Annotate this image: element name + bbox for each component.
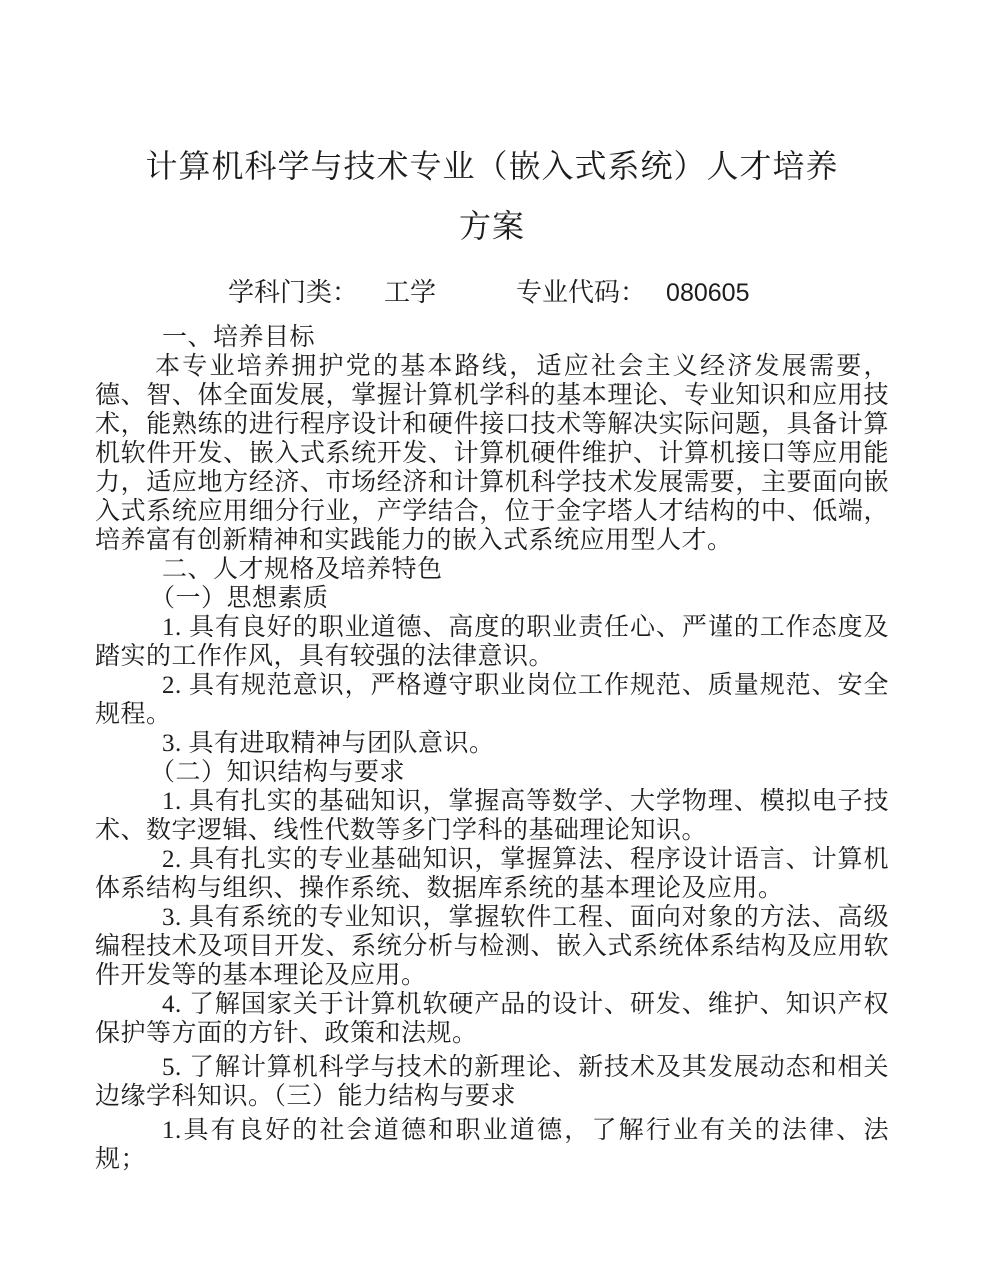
discipline-category-value: 工学 [384,278,436,307]
major-code-label: 专业代码： [516,278,646,307]
list-item: 1.具有良好的社会道德和职业道德，了解行业有关的法律、法规； [95,1116,889,1174]
list-item: 3. 具有系统的专业知识，掌握软件工程、面向对象的方法、高级编程技术及项目开发、… [95,903,889,990]
list-item: 3. 具有进取精神与团队意识。 [95,729,889,758]
body-paragraph: 本专业培养拥护党的基本路线，适应社会主义经济发展需要，德、智、体全面发展，掌握计… [95,352,889,555]
document-page: 计算机科学与技术专业（嵌入式系统）人才培养 方案 学科门类：工学专业代码：080… [0,0,984,1274]
discipline-category-label: 学科门类： [228,278,358,307]
sub-heading: （一）思想素质 [95,584,889,613]
document-title-line-2: 方案 [95,196,889,256]
list-item: 1. 具有良好的职业道德、高度的职业责任心、严谨的工作态度及踏实的工作作风，具有… [95,613,889,671]
list-item: 4. 了解国家关于计算机软硬产品的设计、研发、维护、知识产权保护等方面的方针、政… [95,990,889,1048]
list-item: 5. 了解计算机科学与技术的新理论、新技术及其发展动态和相关边缘学科知识。（三）… [95,1053,889,1111]
sub-heading: （二）知识结构与要求 [95,758,889,787]
section-heading: 二、人才规格及培养特色 [95,555,889,584]
section-heading: 一、培养目标 [95,323,889,352]
list-item: 2. 具有规范意识，严格遵守职业岗位工作规范、质量规范、安全规程。 [95,671,889,729]
list-item: 2. 具有扎实的专业基础知识，掌握算法、程序设计语言、计算机体系结构与组织、操作… [95,845,889,903]
document-title: 计算机科学与技术专业（嵌入式系统）人才培养 方案 [95,136,889,256]
document-title-line-1: 计算机科学与技术专业（嵌入式系统）人才培养 [95,136,889,196]
meta-row: 学科门类：工学专业代码：080605 [228,278,889,308]
major-code-value: 080605 [666,279,749,307]
list-item: 1. 具有扎实的基础知识，掌握高等数学、大学物理、模拟电子技术、数字逻辑、线性代… [95,787,889,845]
document-body: 一、培养目标 本专业培养拥护党的基本路线，适应社会主义经济发展需要，德、智、体全… [95,323,889,1174]
